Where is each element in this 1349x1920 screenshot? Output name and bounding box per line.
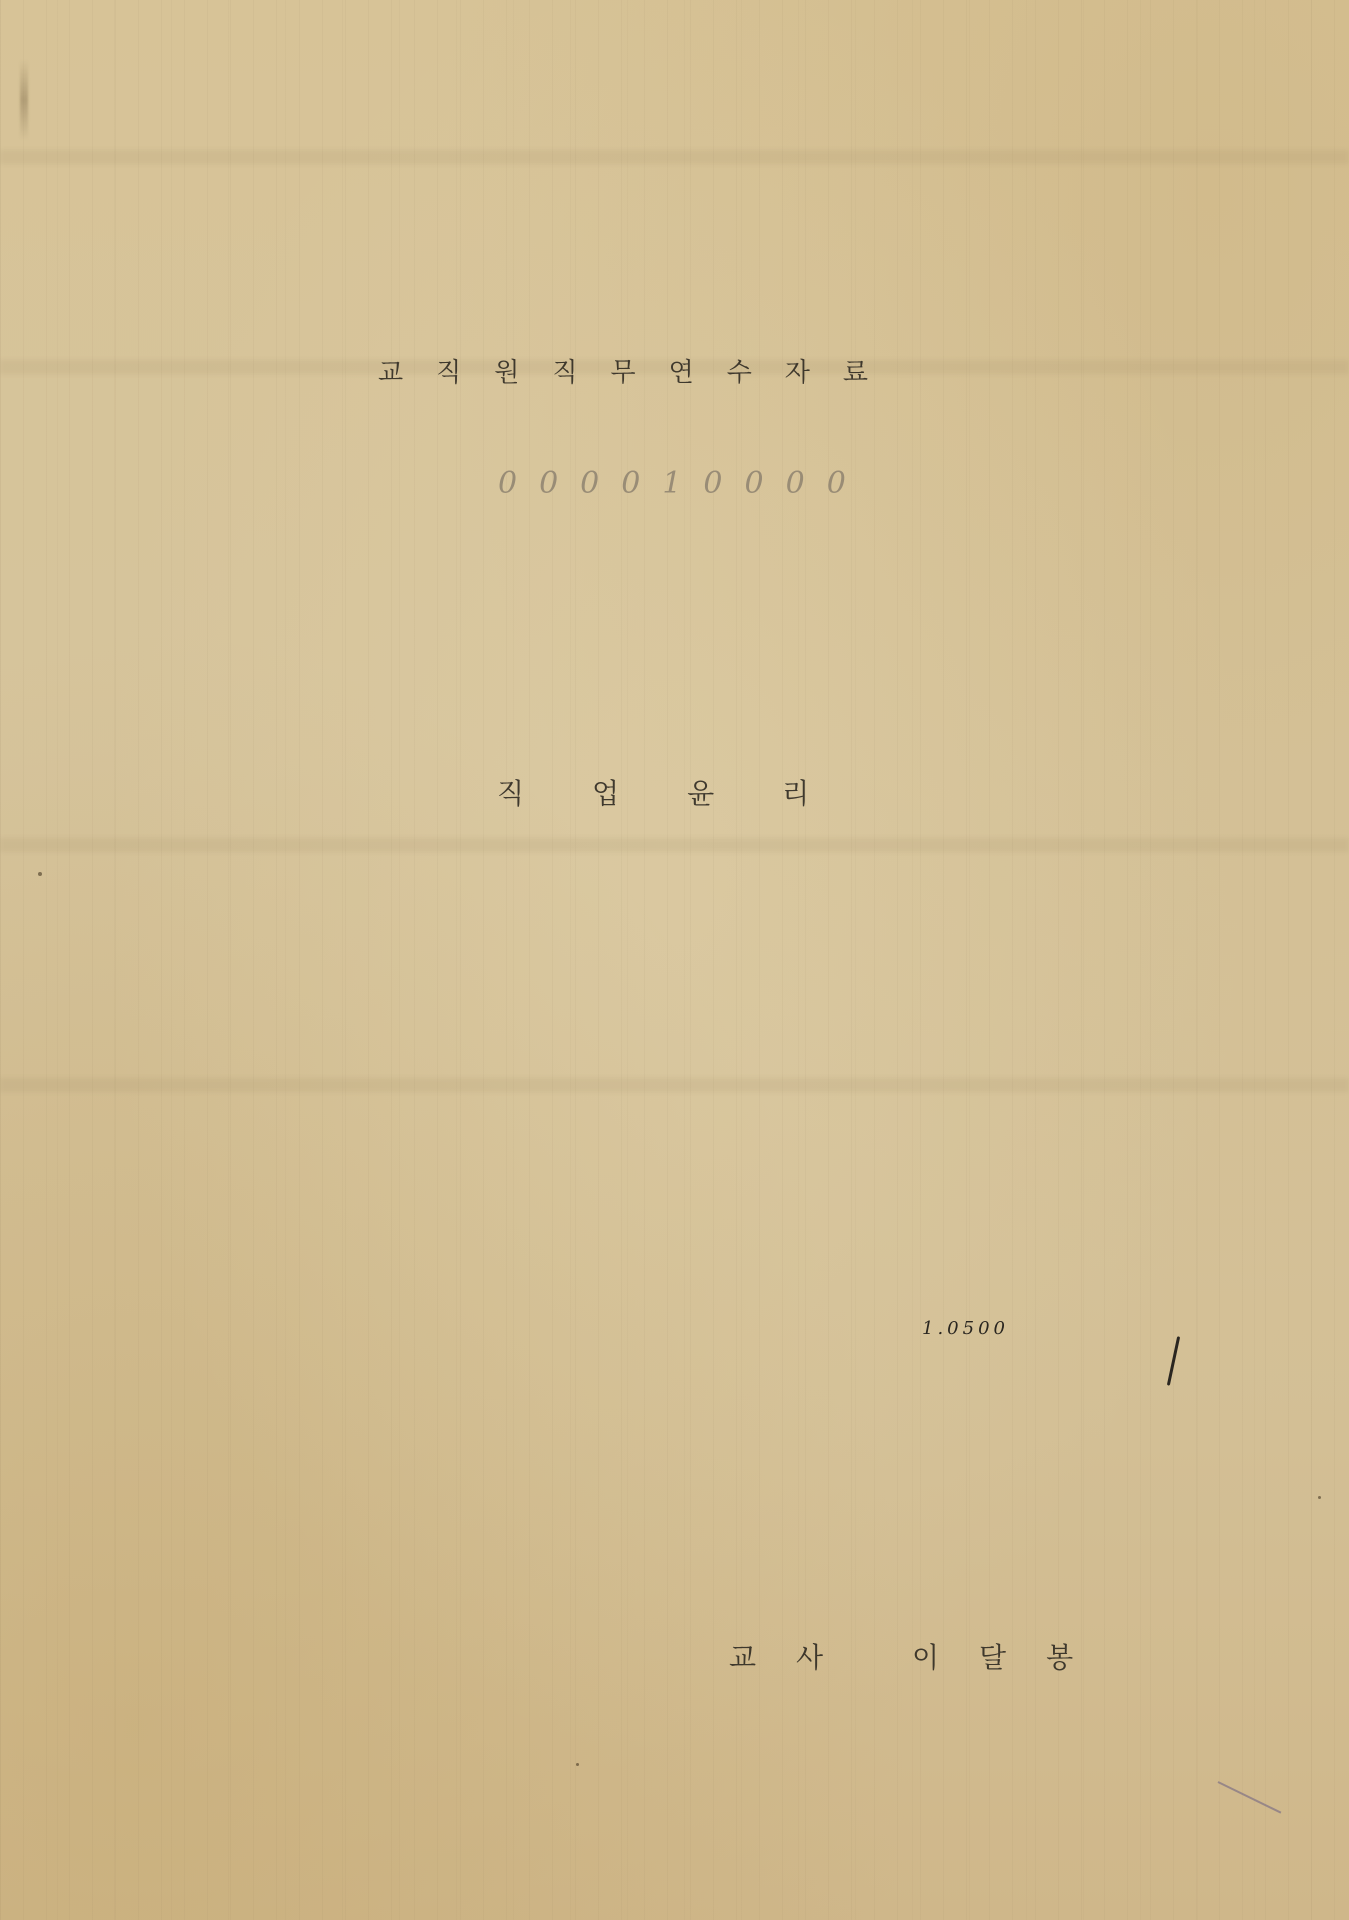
- main-title: 직업윤리: [497, 772, 877, 812]
- handwritten-document-id: 000010000: [498, 466, 868, 501]
- pencil-stroke: [1218, 1781, 1282, 1813]
- paper-speck: [576, 1763, 579, 1766]
- scanned-cover-page: 교직원직무연수자료 000010000 직업윤리 1.0500 교사 이달봉: [0, 0, 1349, 1920]
- handwritten-note: 1.0500: [922, 1318, 1009, 1339]
- paper-texture: [0, 0, 1349, 1920]
- handwritten-slash-mark: [1167, 1336, 1180, 1386]
- series-title: 교직원직무연수자료: [378, 352, 901, 389]
- bleed-through-line: [0, 1078, 1349, 1092]
- binding-mark: [20, 60, 28, 140]
- author-line: 교사 이달봉: [729, 1636, 1113, 1676]
- paper-speck: [38, 872, 42, 876]
- bleed-through-line: [0, 150, 1349, 164]
- paper-speck: [1318, 1496, 1321, 1499]
- bleed-through-line: [0, 838, 1349, 852]
